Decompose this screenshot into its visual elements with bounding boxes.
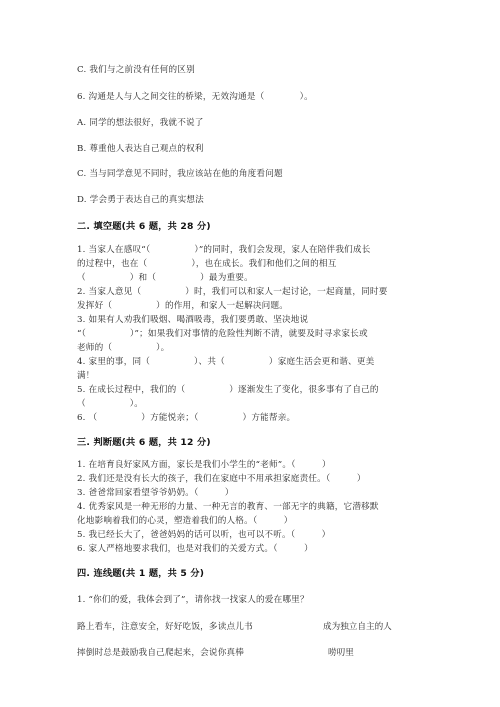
fill-line: “（ ）”；如果我们对事情的危险性判断不清，就要及时寻求家长或 (77, 327, 368, 339)
judge-line: 1. 在培育良好家风方面，家长是我们小学生的“老师”。（ ） (77, 458, 331, 470)
q6-option-d: D. 学会勇于表达自己的真实想法 (77, 193, 204, 205)
fill-line: （ ）和（ ）最为重要。 (77, 271, 253, 283)
matching-question: 1. “你们的爱，我体会到了”，请你找一找家人的爱在哪里？ (77, 593, 309, 605)
judge-line: 6. 家人严格地要求我们，也是对我们的关爱方式。（ ） (77, 542, 313, 554)
matching-left-item: 路上看车，注意安全，好好吃饭，多读点儿书 (77, 620, 253, 632)
fill-line: 1. 当家人在感叹“（ ）”的同时，我们会发现，家人在陪伴我们成长 (77, 243, 371, 255)
q6-option-c: C. 当与同学意见不同时，我应该站在他的角度看问题 (77, 167, 283, 179)
judge-line: 3. 爸爸常回家看望爷爷奶奶。（ ） (77, 486, 234, 498)
judge-line: 2. 我们还是没有长大的孩子，我们在家庭中不用承担家庭责任。（ ） (77, 472, 366, 484)
judge-line: 化地影响着我们的心灵，塑造着我们的人格。（ ） (77, 514, 293, 526)
matching-left-item: 摔倒时总是鼓励我自己爬起来，会说你真棒 (77, 646, 244, 658)
judge-line: 5. 我已经长大了，爸爸妈妈的话可以听，也可以不听。（ ） (77, 528, 330, 540)
fill-line: 的过程中，也在（ ），也在成长。我们和他们之间的相互 (77, 257, 337, 269)
judge-line: 4. 优秀家风是一种无形的力量、一种无言的教育、一部无字的典籍，它潜移默 (77, 500, 379, 512)
q5-option-c: C. 我们与之前没有任何的区别 (77, 63, 195, 75)
q6-stem: 6. 沟通是人与人之间交往的桥梁，无效沟通是（ ）。 (77, 90, 313, 102)
fill-line: 老师的（ ）。 (77, 341, 169, 353)
fill-line: 5. 在成长过程中，我们的（ ）逐渐发生了变化，很多事有了自己的 (77, 383, 379, 395)
q6-option-a: A. 同学的想法很好，我就不说了 (77, 116, 204, 128)
q6-option-b: B. 尊重他人表达自己观点的权利 (77, 142, 204, 154)
section-title-judgement: 三. 判断题(共 6 题，共 12 分) (77, 434, 211, 448)
exam-page: C. 我们与之前没有任何的区别 6. 沟通是人与人之间交往的桥梁，无效沟通是（ … (0, 0, 500, 707)
matching-right-item: 成为独立自主的人 (323, 620, 392, 632)
fill-line: 6. （ ）方能悦亲；（ ）方能帮亲。 (77, 411, 295, 423)
matching-right-item: 唠叨里 (328, 646, 354, 658)
fill-line: （ ）。 (77, 397, 143, 409)
fill-line: 4. 家里的事，同（ ）、共（ ）家庭生活会更和谐、更美 (77, 355, 374, 367)
fill-line: 满！ (77, 369, 95, 381)
section-title-fill-blank: 二. 填空题(共 6 题，共 28 分) (77, 218, 211, 232)
fill-line: 发挥好（ ）的作用，和家人一起解决问题。 (77, 299, 288, 311)
fill-line: 2. 当家人意见（ ）时，我们可以和家人一起讨论，一起商量，同时要 (77, 285, 388, 297)
fill-line: 3. 如果有人劝我们吸烟、喝酒吸毒，我们要勇敢、坚决地说 (77, 313, 308, 325)
section-title-matching: 四. 连线题(共 1 题，共 5 分) (77, 565, 204, 579)
